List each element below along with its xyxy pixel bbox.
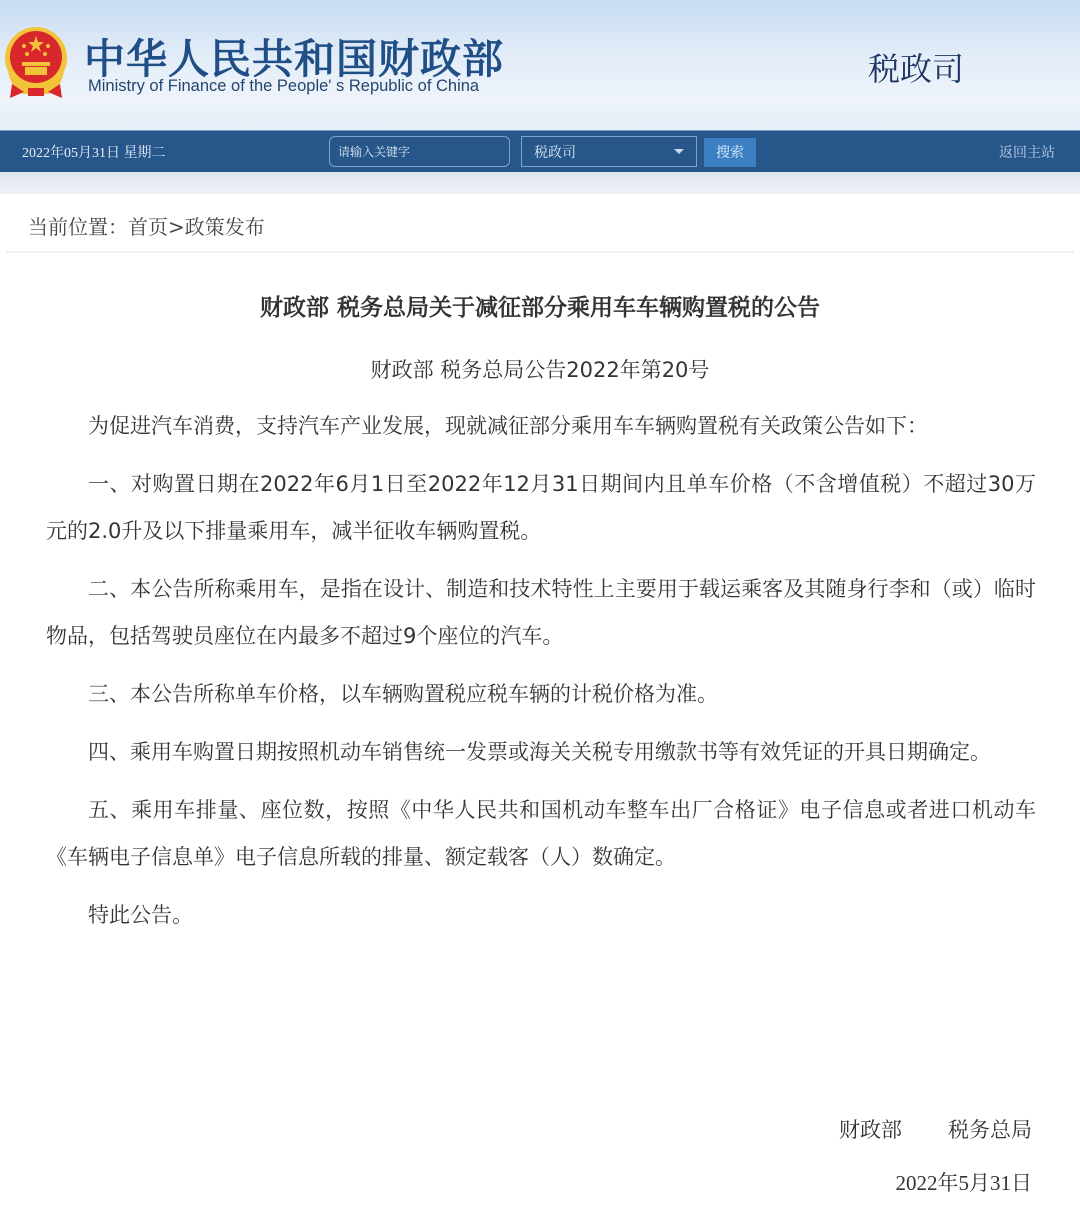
breadcrumb-home[interactable]: 首页 bbox=[128, 215, 168, 239]
breadcrumb-divider bbox=[6, 251, 1074, 253]
header-divider-band bbox=[0, 172, 1080, 194]
breadcrumb-separator: > bbox=[168, 215, 185, 239]
signing-org-sat: 税务总局 bbox=[948, 1118, 1032, 1142]
article-paragraph-3: 三、本公告所称单车价格，以车辆购置税应税车辆的计税价格为准。 bbox=[46, 671, 1036, 718]
breadcrumb-label: 当前位置： bbox=[28, 215, 128, 239]
national-emblem-icon bbox=[2, 24, 70, 100]
article-paragraph-4: 四、乘用车购置日期按照机动车销售统一发票或海关关税专用缴款书等有效凭证的开具日期… bbox=[46, 729, 1036, 776]
signing-org-mof: 财政部 bbox=[839, 1118, 902, 1142]
search-input[interactable] bbox=[329, 136, 510, 167]
document-number: 财政部 税务总局公告2022年第20号 bbox=[0, 354, 1080, 384]
current-date: 2022年05月31日 星期二 bbox=[22, 142, 166, 162]
signing-organizations: 财政部税务总局 bbox=[839, 1114, 1032, 1144]
article-title: 财政部 税务总局关于减征部分乘用车车辆购置税的公告 bbox=[0, 289, 1080, 322]
article-closing: 特此公告。 bbox=[46, 892, 1036, 939]
breadcrumb-policy-release[interactable]: 政策发布 bbox=[185, 215, 265, 239]
department-name: 税政司 bbox=[868, 44, 964, 90]
site-subtitle-english: Ministry of Finance of the People' s Rep… bbox=[88, 77, 479, 96]
department-select-value: 税政司 bbox=[534, 145, 576, 161]
article-paragraph-2: 二、本公告所称乘用车，是指在设计、制造和技术特性上主要用于载运乘客及其随身行李和… bbox=[46, 566, 1036, 660]
breadcrumb: 当前位置：首页>政策发布 bbox=[28, 211, 265, 240]
article-paragraph-5: 五、乘用车排量、座位数，按照《中华人民共和国机动车整车出厂合格证》电子信息或者进… bbox=[46, 787, 1036, 881]
site-header: 中华人民共和国财政部 Ministry of Finance of the Pe… bbox=[0, 0, 1080, 130]
department-select[interactable]: 税政司 bbox=[521, 136, 697, 167]
top-navbar: 2022年05月31日 星期二 税政司 搜索 返回主站 bbox=[0, 130, 1080, 172]
return-home-link[interactable]: 返回主站 bbox=[999, 142, 1055, 162]
article-paragraph-1: 一、对购置日期在2022年6月1日至2022年12月31日期间内且单车价格（不含… bbox=[46, 461, 1036, 555]
signature-block: 财政部税务总局 2022年5月31日 bbox=[839, 1114, 1032, 1197]
search-button[interactable]: 搜索 bbox=[704, 138, 756, 167]
chevron-down-icon bbox=[674, 149, 684, 154]
signature-date: 2022年5月31日 bbox=[839, 1167, 1032, 1197]
article-paragraph-intro: 为促进汽车消费，支持汽车产业发展，现就减征部分乘用车车辆购置税有关政策公告如下： bbox=[46, 403, 1036, 450]
article-body: 为促进汽车消费，支持汽车产业发展，现就减征部分乘用车车辆购置税有关政策公告如下：… bbox=[46, 403, 1036, 950]
